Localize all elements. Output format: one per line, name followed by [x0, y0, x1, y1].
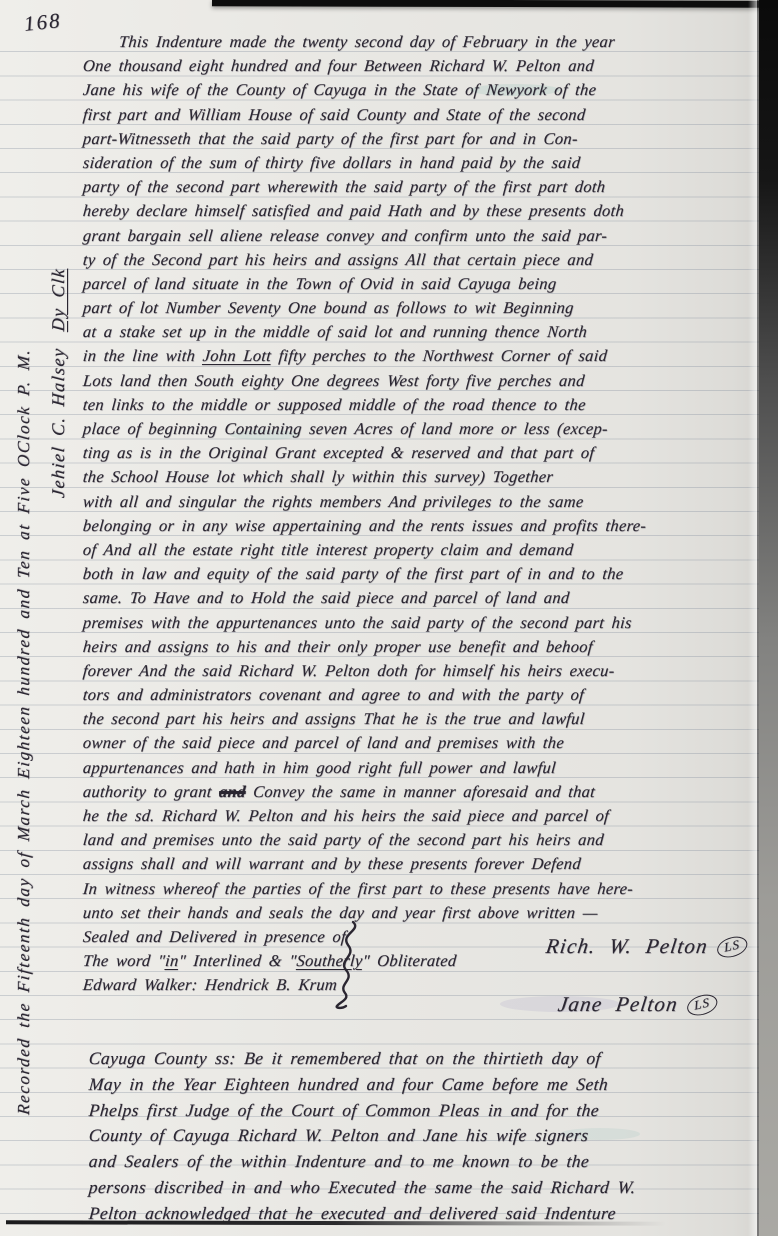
signature-name: Jane Pelton [556, 992, 679, 1016]
deed-line: tors and administrators covenant and agr… [82, 683, 750, 707]
acknowledgment-line: and Sealers of the within Indenture and … [88, 1149, 754, 1175]
deed-line: party of the second part wherewith the s… [82, 175, 750, 199]
scan-edge-right [759, 0, 778, 1236]
deed-line: unto set their hands and seals the day a… [82, 901, 750, 925]
deed-line: authority to grant and Convey the same i… [82, 780, 750, 804]
deed-line: the School House lot which shall ly with… [82, 465, 750, 489]
deed-line: at a stake set up in the middle of said … [82, 320, 750, 344]
deed-line: first part and William House of said Cou… [82, 103, 750, 127]
deed-line: both in law and equity of the said party… [82, 562, 750, 586]
acknowledgment-line: May in the Year Eighteen hundred and fou… [88, 1072, 754, 1098]
clerk-name: Jehiel C. Halsey [48, 347, 68, 499]
deed-body: This Indenture made the twenty second da… [84, 30, 750, 998]
deed-line: Jane his wife of the County of Cayuga in… [82, 78, 750, 102]
deed-line: of And all the estate right title intere… [82, 538, 750, 562]
deed-line: with all and singular the rights members… [82, 490, 750, 514]
margin-note-recorded: Recorded the Fifteenth day of March Eigh… [14, 52, 34, 1116]
signature-name: Rich. W. Pelton [544, 934, 709, 958]
struck-word: and [218, 782, 246, 801]
deed-line: sideration of the sum of thirty five dol… [82, 151, 750, 175]
signature-richard-pelton: Rich. W. PeltonLS [544, 934, 749, 960]
deed-line: the second part his heirs and assigns Th… [82, 707, 750, 731]
deed-line: This Indenture made the twenty second da… [82, 30, 750, 54]
acknowledgment-line: persons discribed in and who Executed th… [88, 1175, 754, 1201]
underlined-word: in [164, 951, 179, 970]
margin-note-clerk: Jehiel C. Halsey Dy Clk [48, 177, 69, 499]
seal-ls-icon: LS [716, 934, 748, 961]
deed-line: land and premises unto the said party of… [82, 828, 750, 852]
deed-line: place of beginning Containing seven Acre… [82, 417, 750, 441]
deed-line: part-Witnesseth that the said party of t… [82, 127, 750, 151]
deed-line: part of lot Number Seventy One bound as … [82, 296, 750, 320]
deed-line: ten links to the middle or supposed midd… [82, 393, 750, 417]
deed-line: premises with the appurtenances unto the… [82, 611, 750, 635]
deed-line: owner of the said piece and parcel of la… [82, 731, 750, 755]
deed-line: grant bargain sell aliene release convey… [82, 224, 750, 248]
acknowledgment-line: County of Cayuga Richard W. Pelton and J… [88, 1123, 754, 1149]
deed-line: appurtenances and hath in him good right… [82, 756, 750, 780]
scan-edge-top [212, 0, 778, 8]
signature-jane-pelton: Jane PeltonLS [556, 992, 719, 1018]
deed-line: assigns shall and will warrant and by th… [82, 852, 750, 876]
deed-line: hereby declare himself satisfied and pai… [82, 199, 750, 223]
deed-line: same. To Have and to Hold the said piece… [82, 586, 750, 610]
deed-line: in the line with John Lott fifty perches… [82, 344, 750, 368]
deed-line: heirs and assigns to his and their only … [82, 635, 750, 659]
manuscript-page: 168 Recorded the Fifteenth day of March … [0, 0, 778, 1236]
deed-line: belonging or in any wise appertaining an… [82, 514, 750, 538]
deed-line: One thousand eight hundred and four Betw… [82, 54, 750, 78]
deed-line: In witness whereof the parties of the fi… [82, 877, 750, 901]
ink-flourish-icon [332, 918, 366, 1010]
deed-line: ty of the Second part his heirs and assi… [82, 248, 750, 272]
seal-ls-icon: LS [686, 992, 718, 1019]
clerk-title: Dy Clk [48, 267, 68, 332]
deed-line: Lots land then South eighty One degrees … [82, 369, 750, 393]
deed-line: forever And the said Richard W. Pelton d… [82, 659, 750, 683]
acknowledgment-line: Phelps first Judge of the Court of Commo… [88, 1098, 754, 1124]
acknowledgment-line: Cayuga County ss: Be it remembered that … [88, 1046, 754, 1072]
deed-line: ting as is in the Original Grant excepte… [82, 441, 750, 465]
scan-edge-highlight [748, 0, 757, 1236]
underlined-word: John Lott [202, 346, 272, 365]
page-number: 168 [23, 8, 63, 37]
acknowledgment-body: Cayuga County ss: Be it remembered that … [90, 1046, 754, 1227]
deed-line: parcel of land situate in the Town of Ov… [82, 272, 750, 296]
deed-line: he the sd. Richard W. Pelton and his hei… [82, 804, 750, 828]
